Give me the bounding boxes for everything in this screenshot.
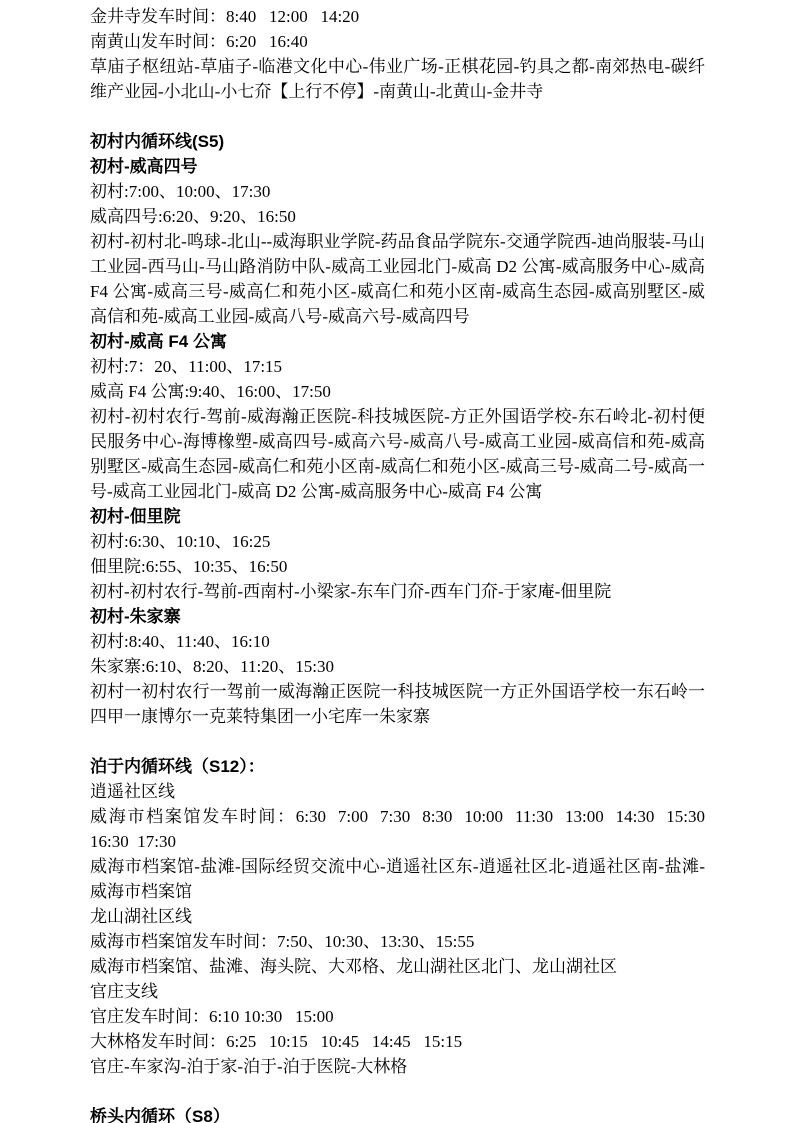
schedule-chucun-out-f4: 初村:7：20、11:00、17:15 <box>90 354 705 379</box>
branch-name-xiaoyao: 逍遥社区线 <box>90 779 705 804</box>
schedule-weigao4-back: 威高四号:6:20、9:20、16:50 <box>90 204 705 229</box>
caomiaozi-route-stops: 草庙子枢纽站-草庙子-临港文化中心-伟业广场-正棋花园-钓具之都-南郊热电-碳纤… <box>90 54 705 104</box>
schedule-chucun-out-dianliyuan: 初村:6:30、10:10、16:25 <box>90 529 705 554</box>
departure-times-longshanhu: 威海市档案馆发车时间：7:50、10:30、13:30、15:55 <box>90 929 705 954</box>
section-spacer <box>90 104 705 129</box>
branch-stops-longshanhu: 威海市档案馆、盐滩、海头院、大邓格、龙山湖社区北门、龙山湖社区 <box>90 954 705 979</box>
departure-times-guanzhuang: 官庄发车时间：6:10 10:30 15:00 <box>90 1004 705 1029</box>
document-page: 金井寺发车时间：8:40 12:00 14:20 南黄山发车时间：6:20 16… <box>0 0 794 1123</box>
schedule-chucun-out: 初村:7:00、10:00、17:30 <box>90 179 705 204</box>
branch-name-longshanhu: 龙山湖社区线 <box>90 904 705 929</box>
section-title-boyu-loop: 泊于内循环线（S12）： <box>90 754 705 779</box>
route-title-dianliyuan: 初村-佃里院 <box>90 504 705 529</box>
branch-name-guanzhuang: 官庄支线 <box>90 979 705 1004</box>
departure-times-dalinge: 大林格发车时间：6:25 10:15 10:45 14:45 15:15 <box>90 1029 705 1054</box>
branch-stops-xiaoyao: 威海市档案馆-盐滩-国际经贸交流中心-逍遥社区东-逍遥社区北-逍遥社区南-盐滩-… <box>90 854 705 904</box>
route-stops-dianliyuan: 初村-初村农行-驾前-西南村-小梁家-东车门夼-西车门夼-于家庵-佃里院 <box>90 579 705 604</box>
route-stops-zhujiazhai: 初村一初村农行一驾前一威海瀚正医院一科技城医院一方正外国语学校一东石岭一四甲一康… <box>90 679 705 729</box>
route-stops-weigao-f4: 初村-初村农行-驾前-威海瀚正医院-科技城医院-方正外国语学校-东石岭北-初村便… <box>90 404 705 504</box>
nanhuangshan-departure-times: 南黄山发车时间：6:20 16:40 <box>90 29 705 54</box>
route-title-zhujiazhai: 初村-朱家寨 <box>90 604 705 629</box>
section-spacer <box>90 1079 705 1104</box>
schedule-weigao-f4-back: 威高 F4 公寓:9:40、16:00、17:50 <box>90 379 705 404</box>
route-title-weigao4: 初村-威高四号 <box>90 154 705 179</box>
schedule-zhujiazhai-back: 朱家寨:6:10、8:20、11:20、15:30 <box>90 654 705 679</box>
schedule-chucun-out-zhujiazhai: 初村:8:40、11:40、16:10 <box>90 629 705 654</box>
departure-times-xiaoyao: 威海市档案馆发车时间：6:30 7:00 7:30 8:30 10:00 11:… <box>90 804 705 854</box>
section-title-qiaotou-loop: 桥头内循环（S8） <box>90 1104 705 1123</box>
section-spacer <box>90 729 705 754</box>
branch-stops-guanzhuang: 官庄-车家沟-泊于家-泊于-泊于医院-大林格 <box>90 1054 705 1079</box>
route-stops-weigao4: 初村-初村北-鸣球-北山--威海职业学院-药品食品学院东-交通学院西-迪尚服装-… <box>90 229 705 329</box>
jinjingsi-departure-times: 金井寺发车时间：8:40 12:00 14:20 <box>90 4 705 29</box>
route-title-weigao-f4: 初村-威高 F4 公寓 <box>90 329 705 354</box>
schedule-dianliyuan-back: 佃里院:6:55、10:35、16:50 <box>90 554 705 579</box>
section-title-chucun-loop: 初村内循环线(S5) <box>90 129 705 154</box>
